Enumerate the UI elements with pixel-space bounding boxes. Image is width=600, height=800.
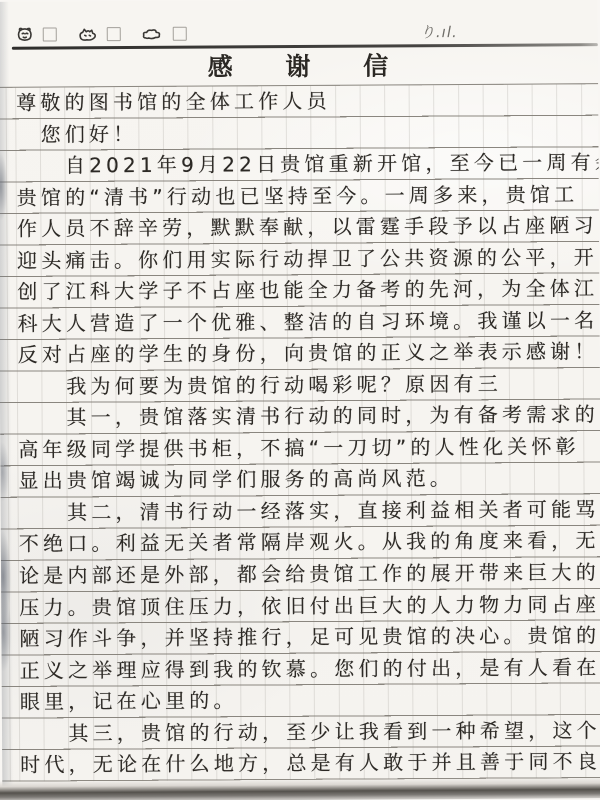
letter-line: 时代，无论在什么地方，总是有人敢于并且善于同不良 bbox=[2, 746, 600, 781]
letter-line: 科大人营造了一个优雅、整洁的自习环境。我谨以一名 bbox=[0, 305, 600, 340]
letter-line: 创了江科大学子不占座也能全力备考的先河，为全体江 bbox=[0, 273, 599, 308]
letter-line: 眼里，记在心里的。 bbox=[2, 683, 600, 718]
letter-line: 作人员不辞辛劳，默默奉献，以雷霆手段予以占座陋习 bbox=[0, 210, 599, 245]
letter-line: 高年级同学提供书柜，不搞“一刀切”的人性化关怀彰 bbox=[0, 431, 600, 466]
letter-photo: り.ıl. 感 谢 信 尊敬的图书馆的全体工作人员 您们好！ 自2021年9月2… bbox=[0, 0, 600, 800]
letter-line: 我为何要为贵馆的行动喝彩呢？原因有三 bbox=[0, 368, 600, 403]
letter-line: 迎头痛击。你们用实际行动捍卫了公共资源的公平，开 bbox=[0, 242, 599, 277]
cloud-icon bbox=[142, 25, 164, 41]
letter-body: 尊敬的图书馆的全体工作人员 您们好！ 自2021年9月22日贵馆重新开馆，至今已… bbox=[0, 83, 600, 782]
checkbox-square-icon bbox=[43, 27, 57, 41]
letter-line: 其三，贵馆的行动，至少让我看到一种希望，这个 bbox=[2, 715, 600, 750]
paper: り.ıl. 感 谢 信 尊敬的图书馆的全体工作人员 您们好！ 自2021年9月2… bbox=[0, 0, 600, 800]
letter-line: 论是内部还是外部，都会给贵馆工作的展开带来巨大的 bbox=[1, 557, 600, 592]
letter-line: 贵馆的“清书”行动也已坚持至今。一周多来，贵馆工 bbox=[0, 179, 599, 214]
letter-line: 其二，清书行动一经落实，直接利益相关者可能骂 bbox=[1, 494, 600, 529]
paper-bottom-shadow bbox=[0, 777, 600, 800]
page-title: 感 谢 信 bbox=[0, 48, 598, 86]
stationery-header: り.ıl. bbox=[16, 20, 578, 45]
checkbox-square-icon bbox=[107, 27, 121, 41]
checkbox-square-icon bbox=[173, 26, 187, 40]
letter-line: 反对占座的学生的身份，向贵馆的正义之举表示感谢！ bbox=[0, 336, 600, 371]
letter-line-salutation: 尊敬的图书馆的全体工作人员 bbox=[0, 84, 598, 119]
letter-line: 压力。贵馆顶住压力，依旧付出巨大的人力物力同占座 bbox=[1, 589, 600, 624]
letter-line: 自2021年9月22日贵馆重新开馆，至今已一周有余。 bbox=[0, 147, 599, 182]
letter-line: 正义之举理应得到我的钦慕。您们的付出，是有人看在 bbox=[2, 652, 600, 687]
letter-line-greeting: 您们好！ bbox=[0, 116, 598, 151]
letter-line: 其一，贵馆落实清书行动的同时，为有备考需求的 bbox=[0, 399, 600, 434]
letter-line: 陋习作斗争，并坚持推行，足可见贵馆的决心。贵馆的 bbox=[1, 620, 600, 655]
letter-line: 不绝口。利益无关者常隔岸观火。从我的角度来看，无 bbox=[1, 526, 600, 561]
cat-icon bbox=[78, 25, 98, 42]
letter-line: 显出贵馆竭诚为同学们服务的高尚风范。 bbox=[0, 463, 600, 498]
ladybug-icon bbox=[16, 25, 34, 43]
corner-scribble: り.ıl. bbox=[420, 21, 458, 42]
